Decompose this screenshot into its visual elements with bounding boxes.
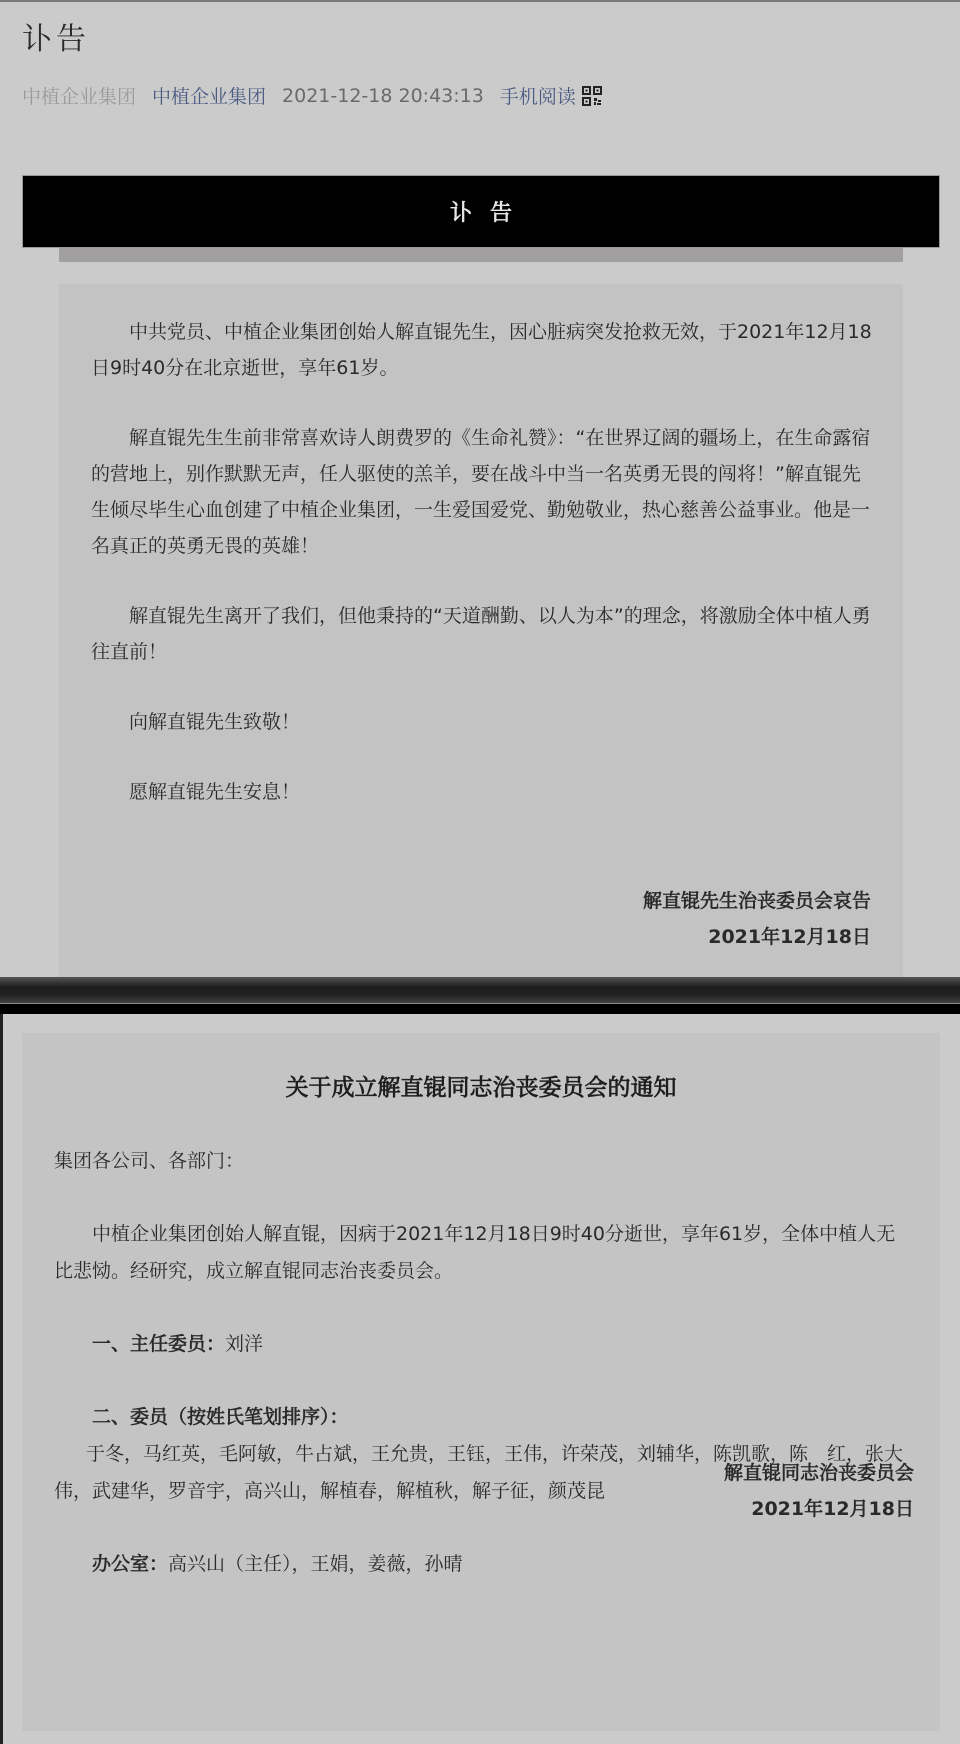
obituary-date: 2021年12月18日 [708,922,871,949]
banner-title: 讣告 [432,196,530,227]
office-label: 办公室： [92,1553,168,1575]
members-label: 二、委员（按姓氏笔划排序）： [54,1399,914,1436]
top-border [0,0,960,2]
obituary-paragraph: 愿解直锟先生安息！ [91,774,873,810]
author-link[interactable]: 中植企业集团 [152,82,266,109]
image-divider [0,977,960,1003]
notice-salutation: 集团各公司、各部门： [54,1143,914,1180]
office-value: 高兴山（主任），王娟，姜薇，孙晴 [168,1553,463,1575]
page-title: 讣告 [22,14,90,58]
obituary-signature: 解直锟先生治丧委员会哀告 [643,886,871,913]
notice-date: 2021年12月18日 [751,1494,914,1521]
image-divider-black [0,1003,960,1014]
obituary-body: 中共党员、中植企业集团创始人解直锟先生，因心脏病突发抢救无效，于2021年12月… [91,314,873,844]
source-label: 中植企业集团 [22,82,136,109]
qr-code-icon[interactable] [582,86,602,106]
banner-shadow [59,248,903,262]
notice-card: 关于成立解直锟同志治丧委员会的通知 集团各公司、各部门： 中植企业集团创始人解直… [22,1033,940,1731]
obituary-card: 中共党员、中植企业集团创始人解直锟先生，因心脏病突发抢救无效，于2021年12月… [59,284,903,978]
obituary-paragraph: 中共党员、中植企业集团创始人解直锟先生，因心脏病突发抢救无效，于2021年12月… [91,314,873,386]
notice-office: 办公室：高兴山（主任），王娟，姜薇，孙晴 [54,1546,914,1583]
mobile-read-link[interactable]: 手机阅读 [500,82,576,109]
notice-title: 关于成立解直锟同志治丧委员会的通知 [22,1069,940,1102]
notice-intro: 中植企业集团创始人解直锟，因病于2021年12月18日9时40分逝世，享年61岁… [54,1216,914,1290]
obituary-paragraph: 解直锟先生离开了我们，但他秉持的“天道酬勤、以人为本”的理念，将激励全体中植人勇… [91,598,873,670]
chair-value: 刘洋 [225,1333,263,1355]
obituary-paragraph: 向解直锟先生致敬！ [91,704,873,740]
obituary-banner: 讣告 [22,175,940,248]
article-meta: 中植企业集团 中植企业集团 2021-12-18 20:43:13 手机阅读 [22,82,602,109]
chair-label: 一、主任委员： [92,1333,225,1355]
publish-time: 2021-12-18 20:43:13 [282,85,484,107]
obituary-paragraph: 解直锟先生生前非常喜欢诗人朗费罗的《生命礼赞》：“在世界辽阔的疆场上，在生命露宿… [91,420,873,564]
notice-chair: 一、主任委员：刘洋 [54,1326,914,1363]
notice-signature: 解直锟同志治丧委员会 [724,1458,914,1485]
